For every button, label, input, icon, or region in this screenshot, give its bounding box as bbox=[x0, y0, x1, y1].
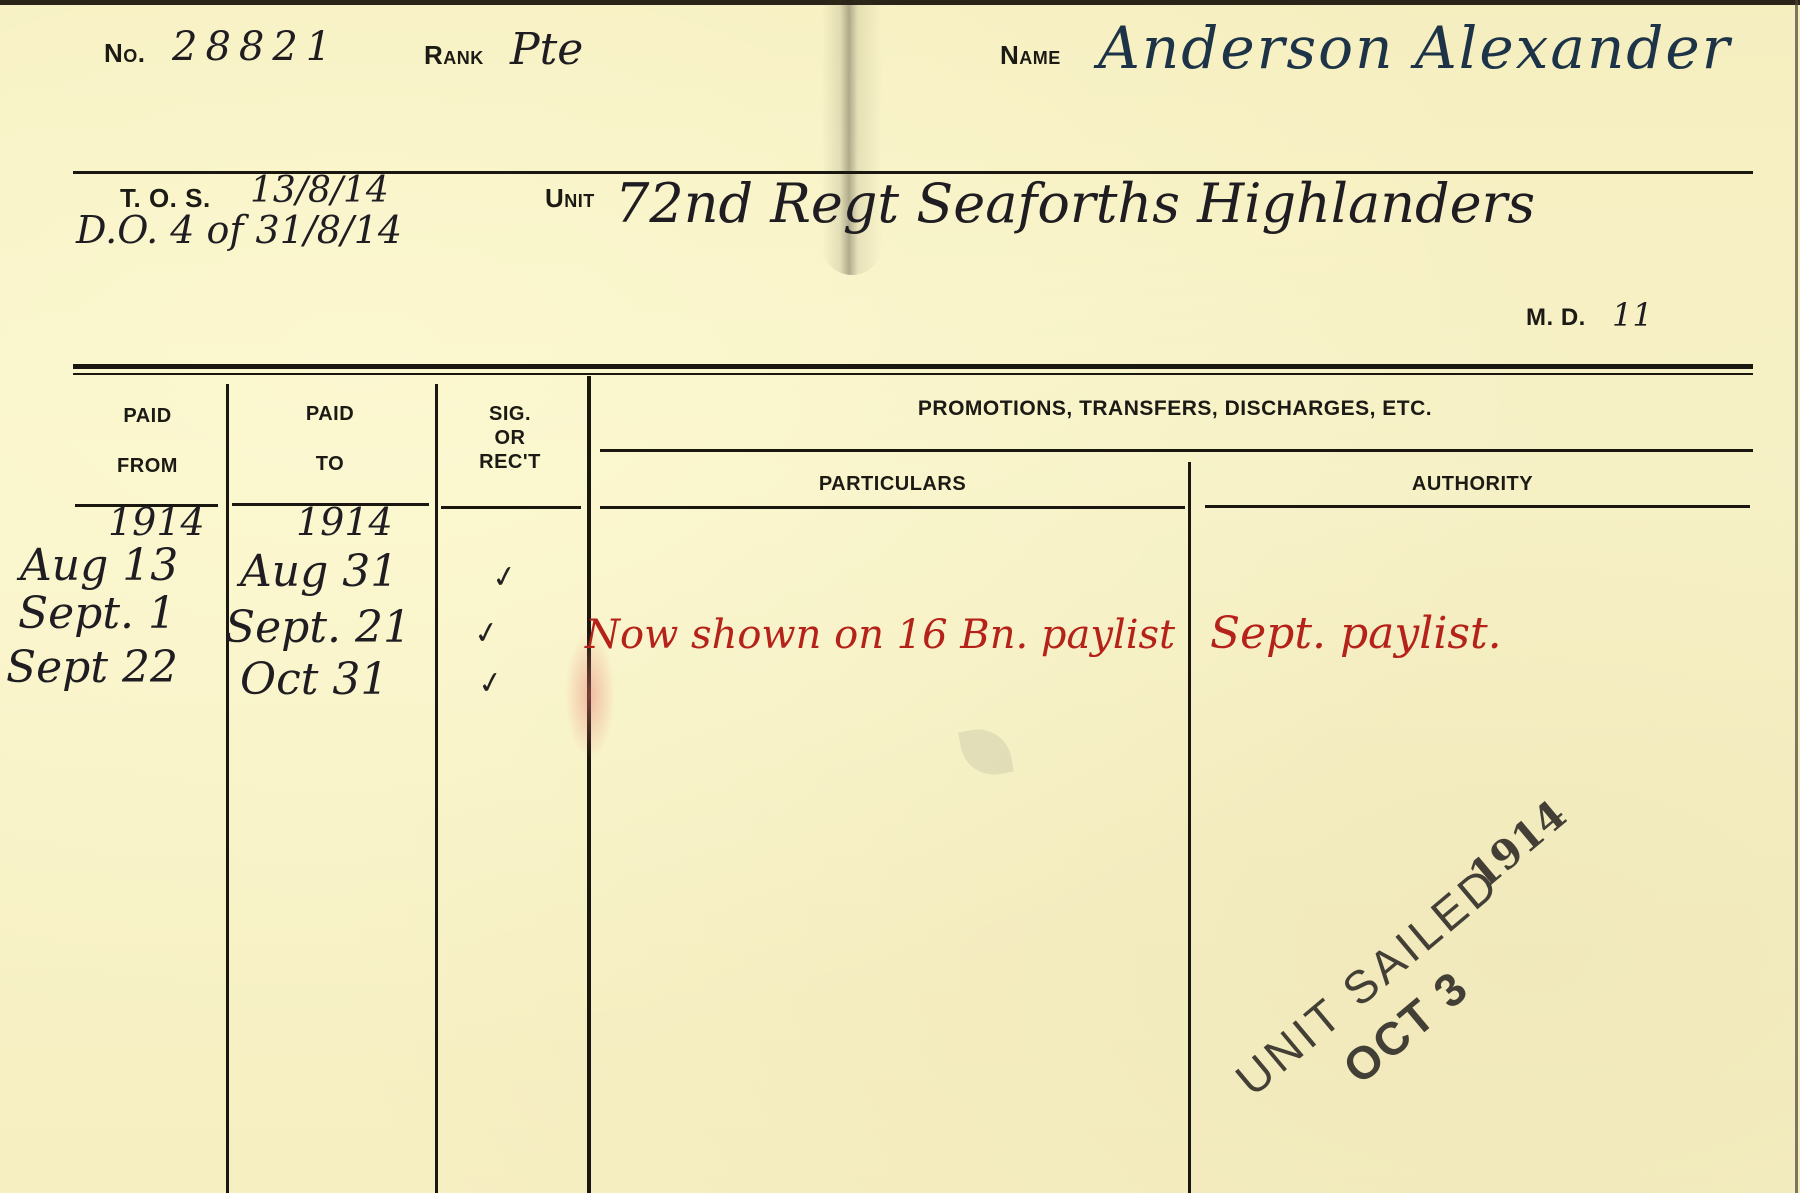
entry-authority: Sept. paylist. bbox=[1210, 608, 1502, 659]
authority-header: AUTHORITY bbox=[1195, 472, 1750, 496]
paid-to-header-line1: PAID bbox=[255, 402, 405, 426]
pay-record-card: No. 28821 Rank Pte Name Anderson Alexand… bbox=[0, 0, 1800, 1193]
entry-particulars: Now shown on 16 Bn. paylist bbox=[585, 612, 1175, 658]
top-edge-shadow bbox=[0, 0, 1800, 5]
no-label: No. bbox=[104, 38, 146, 69]
table-top-line-thin bbox=[73, 373, 1753, 375]
sig-header-line3: REC'T bbox=[445, 450, 575, 474]
service-number: 28821 bbox=[172, 24, 339, 70]
pay-from-date: Sept 22 bbox=[6, 642, 178, 693]
column-divider-particulars-authority bbox=[1188, 462, 1191, 1193]
leaf-watermark-icon bbox=[958, 724, 1014, 780]
paid-to-header: PAID TO bbox=[255, 402, 405, 476]
soldier-name: Anderson Alexander bbox=[1098, 14, 1731, 82]
rank-value: Pte bbox=[510, 24, 583, 75]
name-label: Name bbox=[1000, 40, 1061, 71]
pay-from-date: Sept. 1 bbox=[18, 588, 176, 639]
authority-underline bbox=[1205, 505, 1750, 508]
paid-from-header: PAID FROM bbox=[75, 404, 220, 478]
rank-label: Rank bbox=[424, 40, 484, 71]
md-value: 11 bbox=[1612, 296, 1653, 334]
pay-to-date: Oct 31 bbox=[240, 654, 388, 705]
sig-header: SIG. OR REC'T bbox=[445, 402, 575, 474]
unit-sailed-stamp: UNIT SAILED OCT 3 1914 bbox=[1225, 855, 1510, 1106]
stamp-year: 1914 bbox=[1460, 791, 1575, 899]
paid-from-header-line2: FROM bbox=[75, 454, 220, 478]
promotions-subheader-line bbox=[600, 449, 1753, 452]
column-divider-sig-promotions bbox=[587, 376, 591, 1193]
column-divider-from-to bbox=[226, 384, 229, 1193]
particulars-underline bbox=[600, 506, 1185, 509]
md-label: M. D. bbox=[1526, 304, 1586, 332]
pay-from-year: 1914 bbox=[108, 500, 205, 544]
table-top-line-thick bbox=[73, 364, 1753, 369]
promotions-header: PROMOTIONS, TRANSFERS, DISCHARGES, ETC. bbox=[600, 397, 1750, 421]
paid-to-header-line2: TO bbox=[255, 452, 405, 476]
unit-label: Unit bbox=[545, 183, 595, 214]
pay-to-date: Aug 31 bbox=[240, 546, 398, 597]
right-edge-shadow bbox=[1795, 0, 1798, 1193]
tos-date: 13/8/14 bbox=[250, 170, 389, 211]
signature-check-icon: ✓ bbox=[475, 664, 506, 703]
unit-value: 72nd Regt Seaforths Highlanders bbox=[615, 172, 1535, 235]
tos-order-note: D.O. 4 of 31/8/14 bbox=[76, 208, 402, 252]
column-divider-to-sig bbox=[435, 384, 438, 1193]
sig-underline bbox=[441, 506, 581, 509]
sig-header-line2: OR bbox=[445, 426, 575, 450]
particulars-header: PARTICULARS bbox=[600, 472, 1185, 496]
signature-check-icon: ✓ bbox=[489, 558, 520, 597]
sig-header-line1: SIG. bbox=[445, 402, 575, 426]
pay-to-date: Sept. 21 bbox=[225, 602, 411, 653]
pay-to-year: 1914 bbox=[296, 500, 393, 544]
signature-check-icon: ✓ bbox=[471, 614, 502, 653]
pay-from-date: Aug 13 bbox=[20, 540, 178, 591]
paid-from-header-line1: PAID bbox=[75, 404, 220, 428]
